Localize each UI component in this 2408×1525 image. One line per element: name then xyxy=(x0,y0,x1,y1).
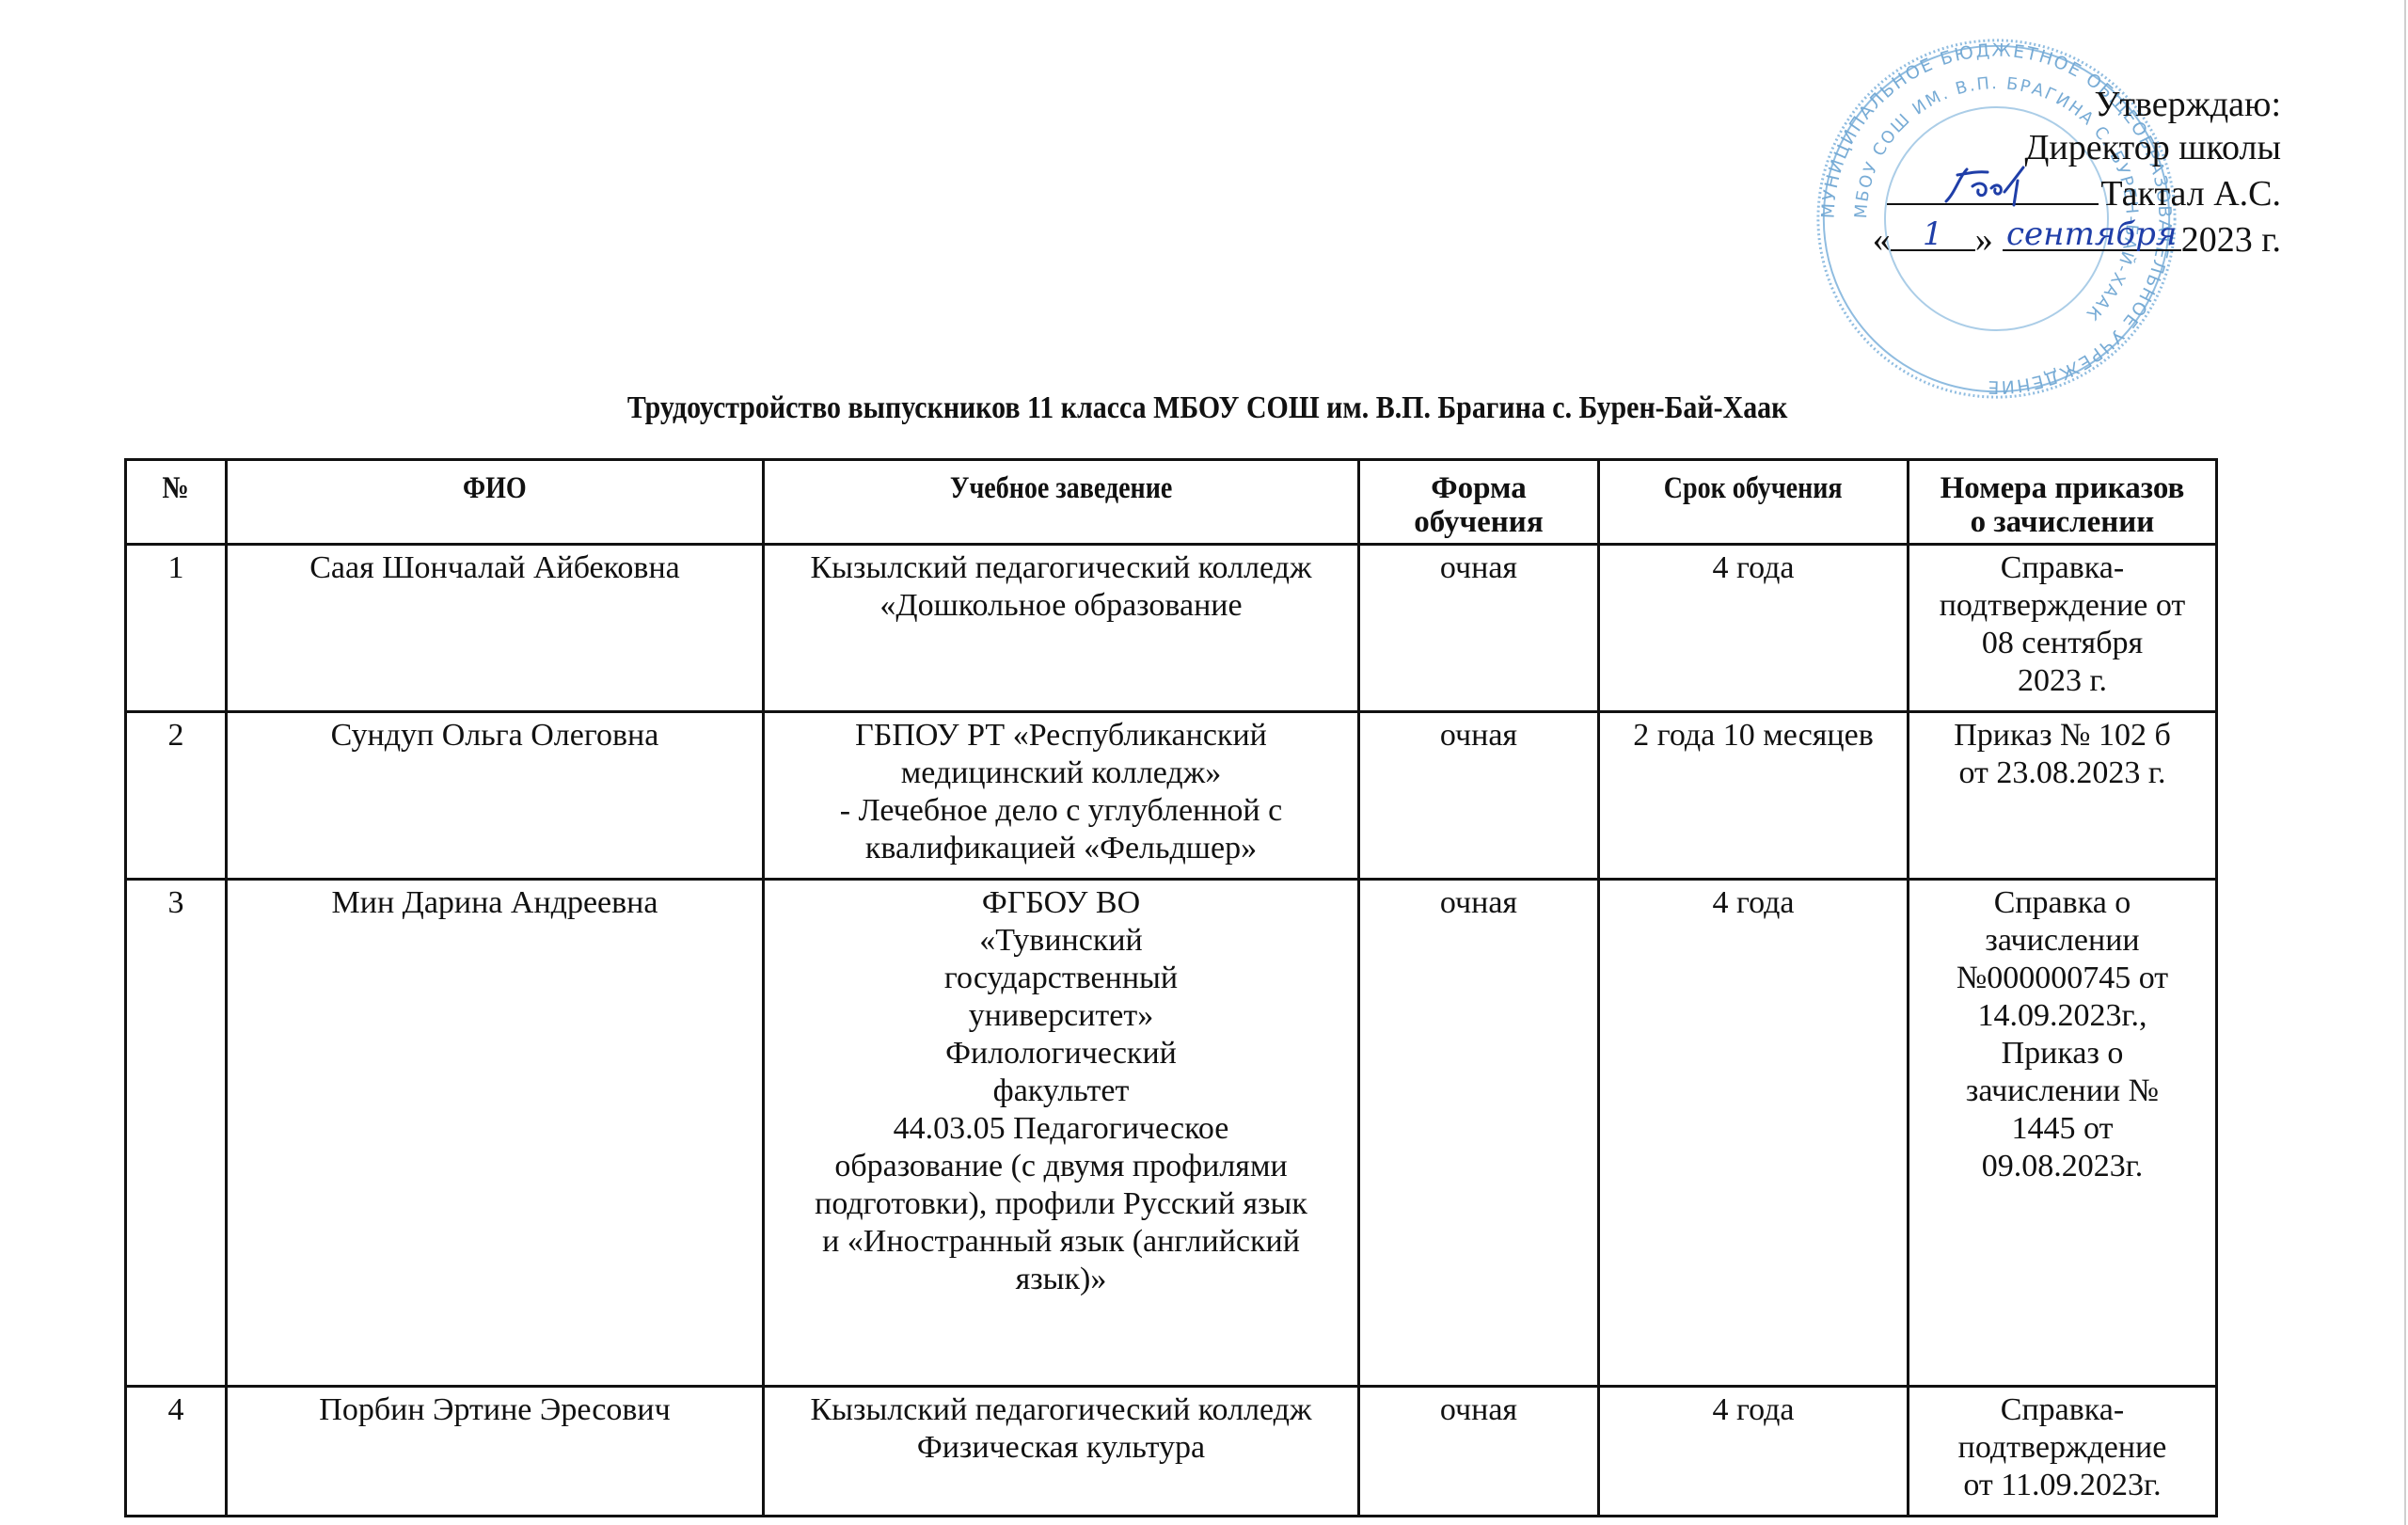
cell-orders: Справка-подтверждениеот 11.09.2023г. xyxy=(1909,1387,2217,1517)
cell-institution-line: факультет xyxy=(770,1072,1352,1110)
cell-fio: Порбин Эртине Эресович xyxy=(227,1387,764,1517)
table-body: 1Саая Шончалай АйбековнаКызылский педаго… xyxy=(126,545,2217,1517)
cell-orders-line: 14.09.2023г., xyxy=(1915,997,2210,1035)
cell-institution-line: «Тувинский xyxy=(770,922,1352,960)
date-day: 1 xyxy=(1891,217,1975,251)
cell-num: 3 xyxy=(126,880,227,1387)
cell-term: 4 года xyxy=(1599,880,1909,1387)
cell-num: 1 xyxy=(126,545,227,712)
cell-orders-line: Справка- xyxy=(1915,549,2210,587)
date-month-blank: сентября xyxy=(2003,215,2181,251)
date-month: сентября xyxy=(2003,217,2181,251)
cell-form: очная xyxy=(1359,1387,1599,1517)
header-institution: Учебное заведение xyxy=(764,460,1359,545)
cell-institution-line: язык)» xyxy=(770,1261,1352,1298)
cell-institution: Кызылский педагогический колледжФизическ… xyxy=(764,1387,1359,1517)
cell-term: 4 года xyxy=(1599,545,1909,712)
cell-orders: Справка озачислении№000000745 от14.09.20… xyxy=(1909,880,2217,1387)
cell-term: 2 года 10 месяцев xyxy=(1599,712,1909,880)
date-close-quote: » xyxy=(1975,220,1993,260)
approval-date-line: «1»сентября2023 г. xyxy=(1873,215,2281,262)
header-form: Форма обучения xyxy=(1359,460,1599,545)
cell-institution-line: и «Иностранный язык (английский xyxy=(770,1223,1352,1261)
cell-orders-line: 08 сентября xyxy=(1915,625,2210,662)
cell-orders-line: подтверждение от xyxy=(1915,587,2210,625)
table-row: 2Сундуп Ольга ОлеговнаГБПОУ РТ «Республи… xyxy=(126,712,2217,880)
cell-orders-line: 1445 от xyxy=(1915,1110,2210,1148)
cell-institution-line: «Дошкольное образование xyxy=(770,587,1352,625)
graduates-table-container: № ФИО Учебное заведение Форма обучения С… xyxy=(124,458,2218,1517)
table-row: 3Мин Дарина АндреевнаФГБОУ ВО«Тувинскийг… xyxy=(126,880,2217,1387)
cell-institution-line: - Лечебное дело с углубленной с xyxy=(770,792,1352,830)
cell-term: 4 года xyxy=(1599,1387,1909,1517)
cell-institution-line: квалификацией «Фельдшер» xyxy=(770,830,1352,867)
cell-institution-line: образование (с двумя профилями xyxy=(770,1148,1352,1185)
cell-orders: Справка-подтверждение от08 сентября2023 … xyxy=(1909,545,2217,712)
graduates-table: № ФИО Учебное заведение Форма обучения С… xyxy=(124,458,2218,1517)
cell-num: 4 xyxy=(126,1387,227,1517)
cell-orders-line: Справка- xyxy=(1915,1391,2210,1429)
cell-orders-line: №000000745 от xyxy=(1915,960,2210,997)
header-orders: Номера приказов о зачислении xyxy=(1909,460,2217,545)
approval-position: Директор школы xyxy=(1873,126,2281,169)
table-row: 4Порбин Эртине ЭресовичКызылский педагог… xyxy=(126,1387,2217,1517)
cell-institution-line: Филологический xyxy=(770,1035,1352,1072)
cell-orders-line: Приказ о xyxy=(1915,1035,2210,1072)
cell-institution-line: ГБПОУ РТ «Республиканский xyxy=(770,717,1352,755)
cell-num: 2 xyxy=(126,712,227,880)
date-day-blank: 1 xyxy=(1891,215,1975,251)
approval-heading: Утверждаю: xyxy=(1873,83,2281,126)
table-row: 1Саая Шончалай АйбековнаКызылский педаго… xyxy=(126,545,2217,712)
cell-institution-line: Физическая культура xyxy=(770,1429,1352,1467)
cell-institution-line: университет» xyxy=(770,997,1352,1035)
header-num: № xyxy=(126,460,227,545)
cell-institution-line: медицинский колледж» xyxy=(770,755,1352,792)
table-header-row: № ФИО Учебное заведение Форма обучения С… xyxy=(126,460,2217,545)
cell-orders-line: зачислении xyxy=(1915,922,2210,960)
cell-orders-line: от 23.08.2023 г. xyxy=(1915,755,2210,792)
cell-institution: ФГБОУ ВО«Тувинскийгосударственныйуниверс… xyxy=(764,880,1359,1387)
approval-block: Утверждаю: Директор школы Тактал А.С. «1… xyxy=(1873,83,2281,262)
cell-institution-line: Кызылский педагогический колледж xyxy=(770,1391,1352,1429)
cell-fio: Сундуп Ольга Олеговна xyxy=(227,712,764,880)
page-edge xyxy=(2404,0,2406,1525)
cell-fio: Саая Шончалай Айбековна xyxy=(227,545,764,712)
director-name: Тактал А.С. xyxy=(2100,174,2281,214)
date-open-quote: « xyxy=(1873,220,1891,260)
cell-form: очная xyxy=(1359,880,1599,1387)
approval-signature-line: Тактал А.С. xyxy=(1873,169,2281,215)
date-year: 2023 г. xyxy=(2181,220,2281,260)
cell-institution-line: ФГБОУ ВО xyxy=(770,884,1352,922)
cell-institution: ГБПОУ РТ «Республиканскиймедицинский кол… xyxy=(764,712,1359,880)
cell-institution-line: подготовки), профили Русский язык xyxy=(770,1185,1352,1223)
cell-orders-line: Справка о xyxy=(1915,884,2210,922)
cell-institution: Кызылский педагогический колледж«Дошколь… xyxy=(764,545,1359,712)
cell-institution-line: государственный xyxy=(770,960,1352,997)
handwritten-signature-icon xyxy=(1939,164,2042,207)
cell-orders-line: Приказ № 102 б xyxy=(1915,717,2210,755)
cell-orders-line: зачислении № xyxy=(1915,1072,2210,1110)
signature-blank xyxy=(1887,169,2099,205)
cell-orders-line: подтверждение xyxy=(1915,1429,2210,1467)
header-term: Срок обучения xyxy=(1599,460,1909,545)
cell-institution-line: 44.03.05 Педагогическое xyxy=(770,1110,1352,1148)
cell-institution-line: Кызылский педагогический колледж xyxy=(770,549,1352,587)
cell-form: очная xyxy=(1359,545,1599,712)
cell-orders: Приказ № 102 бот 23.08.2023 г. xyxy=(1909,712,2217,880)
cell-form: очная xyxy=(1359,712,1599,880)
cell-orders-line: от 11.09.2023г. xyxy=(1915,1467,2210,1504)
cell-orders-line: 09.08.2023г. xyxy=(1915,1148,2210,1185)
cell-fio: Мин Дарина Андреевна xyxy=(227,880,764,1387)
cell-orders-line: 2023 г. xyxy=(1915,662,2210,700)
header-fio: ФИО xyxy=(227,460,764,545)
